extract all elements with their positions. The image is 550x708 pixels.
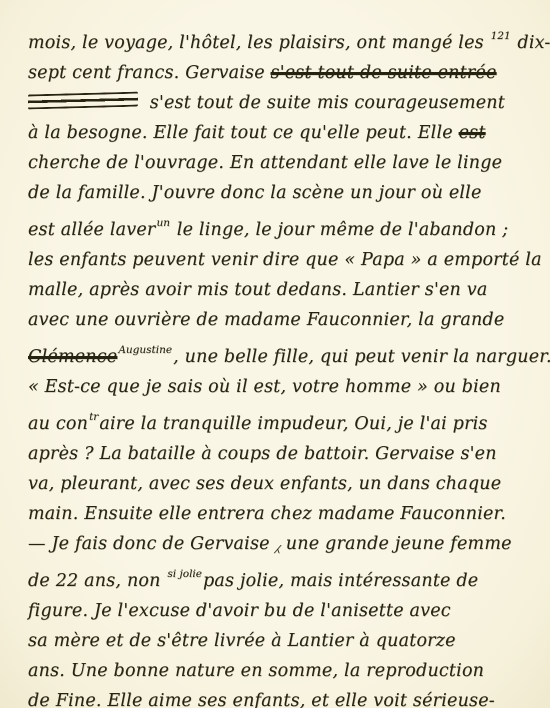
interlinear-insertion: 121 [491, 30, 511, 42]
manuscript-line: ans. Une bonne nature en somme, la repro… [28, 656, 536, 686]
manuscript-line: au contraire la tranquille impudeur, Oui… [28, 402, 536, 439]
manuscript-line: sa mère et de s'être livrée à Lantier à … [28, 626, 536, 656]
manuscript-line: de 22 ans, non si joliepas jolie, mais i… [28, 559, 536, 596]
interlinear-insertion: Augustine [118, 344, 172, 356]
interlinear-insertion: un [156, 217, 170, 229]
manuscript-line: ClémenceAugustine, une belle fille, qui … [28, 335, 536, 372]
handwriting-text: s'est tout de suite mis courageusement [144, 93, 505, 113]
manuscript-line: les enfants peuvent venir dire que « Pap… [28, 245, 536, 275]
manuscript-line: va, pleurant, avec ses deux enfants, un … [28, 469, 536, 499]
handwriting-text: le linge, le jour même de l'abandon ; [171, 220, 508, 240]
manuscript-line: — Je fais donc de Gervaise ⁁ une grande … [28, 529, 536, 559]
manuscript-line: main. Ensuite elle entrera chez madame F… [28, 499, 536, 529]
manuscript-line: « Est-ce que je sais où il est, votre ho… [28, 372, 536, 402]
handwriting-text: « Est-ce que je sais où il est, votre ho… [28, 377, 501, 397]
handwriting-text: mois, le voyage, l'hôtel, les plaisirs, … [28, 33, 490, 53]
handwriting-text: , une belle fille, qui peut venir la nar… [173, 347, 550, 367]
interlinear-insertion: tr [89, 411, 98, 423]
manuscript-line: figure. Je l'excuse d'avoir bu de l'anis… [28, 596, 536, 626]
manuscript-line: mois, le voyage, l'hôtel, les plaisirs, … [28, 21, 536, 58]
struck-text: Clémence [28, 347, 117, 367]
manuscript-line: cherche de l'ouvrage. En attendant elle … [28, 148, 536, 178]
handwriting-text: sept cent francs. Gervaise [28, 63, 271, 83]
handwriting-text: pas jolie, mais intéressante de [203, 571, 478, 591]
handwriting-text: malle, après avoir mis tout dedans. Lant… [28, 280, 487, 300]
struck-text: est [459, 123, 486, 143]
handwriting-text: après ? La bataille à coups de battoir. … [28, 444, 497, 464]
handwriting-text: avec une ouvrière de madame Fauconnier, … [28, 310, 504, 330]
manuscript-line: de la famille. J'ouvre donc la scène un … [28, 178, 536, 208]
handwriting-text: dix- [512, 33, 550, 53]
manuscript-line: sept cent francs. Gervaise s'est tout de… [28, 58, 536, 88]
handwriting-text: — Je fais donc de Gervaise ⁁ une grande … [28, 534, 512, 554]
manuscript-line: malle, après avoir mis tout dedans. Lant… [28, 275, 536, 305]
handwriting-text: sa mère et de s'être livrée à Lantier à … [28, 631, 456, 651]
handwriting-text: ans. Une bonne nature en somme, la repro… [28, 661, 484, 681]
manuscript-line: est allée laverun le linge, le jour même… [28, 208, 536, 245]
handwriting-text: de la famille. J'ouvre donc la scène un … [28, 183, 482, 203]
scribbled-out-word [28, 92, 138, 110]
handwriting-text: les enfants peuvent venir dire que « Pap… [28, 250, 542, 270]
manuscript-line: s'est tout de suite mis courageusement [28, 88, 536, 118]
handwriting-text: main. Ensuite elle entrera chez madame F… [28, 504, 506, 524]
handwriting-text: figure. Je l'excuse d'avoir bu de l'anis… [28, 601, 451, 621]
manuscript-page: mois, le voyage, l'hôtel, les plaisirs, … [0, 0, 550, 708]
manuscript-line: après ? La bataille à coups de battoir. … [28, 439, 536, 469]
handwriting-text: à la besogne. Elle fait tout ce qu'elle … [28, 123, 459, 143]
struck-text: s'est tout de suite entrée [271, 63, 497, 83]
handwriting-text: est allée laver [28, 220, 155, 240]
handwriting-text: de Fine. Elle aime ses enfants, et elle … [28, 691, 495, 708]
handwriting-text: au con [28, 414, 88, 434]
handwriting-text: aire la tranquille impudeur, Oui, je l'a… [99, 414, 487, 434]
handwriting-text: cherche de l'ouvrage. En attendant elle … [28, 153, 502, 173]
handwriting-text: va, pleurant, avec ses deux enfants, un … [28, 474, 501, 494]
handwriting-text: de 22 ans, non [28, 571, 166, 591]
interlinear-insertion: si jolie [167, 568, 202, 580]
manuscript-line: à la besogne. Elle fait tout ce qu'elle … [28, 118, 536, 148]
manuscript-line: de Fine. Elle aime ses enfants, et elle … [28, 686, 536, 708]
manuscript-body: mois, le voyage, l'hôtel, les plaisirs, … [0, 0, 550, 708]
manuscript-line: avec une ouvrière de madame Fauconnier, … [28, 305, 536, 335]
